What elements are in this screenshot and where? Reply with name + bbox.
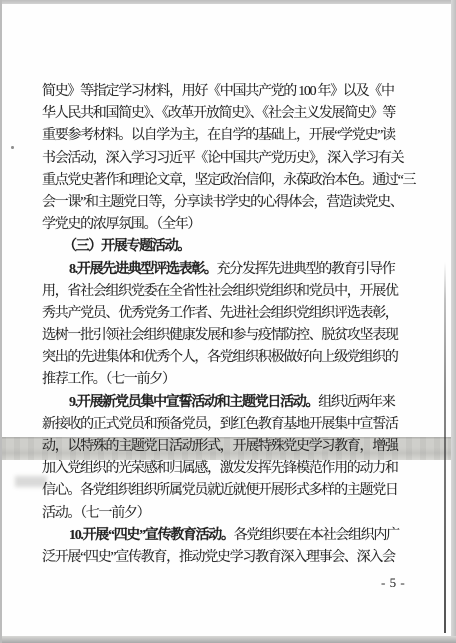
text-line: 活动。（七一前夕） bbox=[42, 503, 418, 525]
text-line: 学党史的浓厚氛围。（全年） bbox=[42, 214, 418, 236]
text-segment: 信心。各党组织组织所属党员就近就便开展形式多样的主题党日 bbox=[42, 483, 398, 498]
bold-text-segment: （三）开展专题活动。 bbox=[63, 239, 190, 254]
text-line: 新接收的正式党员和预备党员，到红色教育基地开展集中宣誓活 bbox=[42, 414, 418, 436]
bold-text-segment: 8.开展先进典型评选表彰。 bbox=[69, 262, 217, 277]
text-line: 秀共产党员、优秀党务工作者、先进社会组织党组织评选表彰， bbox=[42, 303, 418, 325]
text-line: 推荐工作。（七一前夕） bbox=[42, 369, 418, 391]
text-segment: 书会活动，深入学习习近平《论中国共产党历史》，深入学习有关 bbox=[42, 151, 403, 166]
text-line: 信心。各党组织组织所属党员就近就便开展形式多样的主题党日 bbox=[42, 480, 418, 502]
text-line: 书会活动，深入学习习近平《论中国共产党历史》，深入学习有关 bbox=[42, 148, 418, 170]
bold-text-segment: 10.开展“四史”宣传教育活动。 bbox=[69, 528, 234, 543]
text-line: 动，以特殊的主题党日活动形式，开展特殊党史学习教育，增强 bbox=[42, 436, 418, 458]
text-line: 10.开展“四史”宣传教育活动。各党组织要在本社会组织内广 bbox=[42, 525, 418, 547]
text-segment: 突出的先进集体和优秀个人，各党组织积极做好向上级党组织的 bbox=[42, 350, 398, 365]
text-segment: 重点党史著作和理论文章，坚定政治信仰，永葆政治本色。通过“三 bbox=[42, 173, 415, 188]
text-segment: 加入党组织的光荣感和归属感，激发发挥先锋模范作用的动力和 bbox=[42, 461, 398, 476]
page-number: - 5 - bbox=[381, 575, 405, 591]
text-segment: 活动。（七一前夕） bbox=[42, 506, 149, 521]
scan-speck bbox=[11, 146, 14, 149]
text-segment: 充分发挥先进典型的教育引导作 bbox=[217, 262, 395, 277]
text-segment: 用，省社会组织党委在全省性社会组织党组织和党员中，开展优 bbox=[42, 284, 398, 299]
text-line: 简史》等指定学习材料，用好《中国共产党的 100 年》以及《中 bbox=[42, 81, 418, 103]
text-line: 突出的先进集体和优秀个人，各党组织积极做好向上级党组织的 bbox=[42, 347, 418, 369]
scan-frame-left bbox=[0, 0, 2, 643]
text-segment: 各党组织要在本社会组织内广 bbox=[234, 528, 399, 543]
text-line: 用，省社会组织党委在全省性社会组织党组织和党员中，开展优 bbox=[42, 281, 418, 303]
scan-frame-bottom bbox=[0, 636, 456, 643]
text-segment: 推荐工作。（七一前夕） bbox=[42, 372, 175, 387]
text-segment: 重要参考材料。以自学为主，在自学的基础上，开展“学党史”读 bbox=[42, 128, 395, 143]
text-segment: 简史》等指定学习材料，用好《中国共产党的 100 年》以及《中 bbox=[42, 84, 394, 99]
text-segment: 新接收的正式党员和预备党员，到红色教育基地开展集中宣誓活 bbox=[42, 417, 398, 432]
text-line: （三）开展专题活动。 bbox=[42, 236, 418, 258]
text-segment: 动，以特殊的主题党日活动形式，开展特殊党史学习教育，增强 bbox=[42, 439, 398, 454]
page-edge-shadow-line bbox=[444, 262, 446, 633]
text-line: 9.开展新党员集中宣誓活动和主题党日活动。组织近两年来 bbox=[42, 392, 418, 414]
text-segment: 学党史的浓厚氛围。（全年） bbox=[42, 217, 200, 232]
text-segment: 秀共产党员、优秀党务工作者、先进社会组织党组织评选表彰， bbox=[42, 306, 398, 321]
text-segment: 选树一批引领社会组织健康发展和参与疫情防控、脱贫攻坚表现 bbox=[42, 328, 398, 343]
scan-frame-top bbox=[0, 0, 456, 4]
text-line: 加入党组织的光荣感和归属感，激发发挥先锋模范作用的动力和 bbox=[42, 458, 418, 480]
text-segment: 会一课”和主题党日等，分享读书学史的心得体会，营造读党史、 bbox=[42, 195, 403, 210]
text-line: 选树一批引领社会组织健康发展和参与疫情防控、脱贫攻坚表现 bbox=[42, 325, 418, 347]
text-line: 重点党史著作和理论文章，坚定政治信仰，永葆政治本色。通过“三 bbox=[42, 170, 418, 192]
scan-frame-right bbox=[451, 0, 456, 643]
text-segment: 泛开展“四史”宣传教育，推动党史学习教育深入理事会、深入会 bbox=[42, 550, 395, 565]
text-line: 8.开展先进典型评选表彰。充分发挥先进典型的教育引导作 bbox=[42, 259, 418, 281]
bold-text-segment: 9.开展新党员集中宣誓活动和主题党日活动。 bbox=[69, 395, 318, 410]
text-line: 泛开展“四史”宣传教育，推动党史学习教育深入理事会、深入会 bbox=[42, 547, 418, 569]
text-line: 重要参考材料。以自学为主，在自学的基础上，开展“学党史”读 bbox=[42, 125, 418, 147]
text-segment: 组织近两年来 bbox=[318, 395, 394, 410]
text-block: 简史》等指定学习材料，用好《中国共产党的 100 年》以及《中华人民共和国简史》… bbox=[42, 81, 418, 569]
text-line: 会一课”和主题党日等，分享读书学史的心得体会，营造读党史、 bbox=[42, 192, 418, 214]
text-segment: 华人民共和国简史》、《改革开放简史》、《社会主义发展简史》等 bbox=[42, 106, 395, 121]
text-line: 华人民共和国简史》、《改革开放简史》、《社会主义发展简史》等 bbox=[42, 103, 418, 125]
